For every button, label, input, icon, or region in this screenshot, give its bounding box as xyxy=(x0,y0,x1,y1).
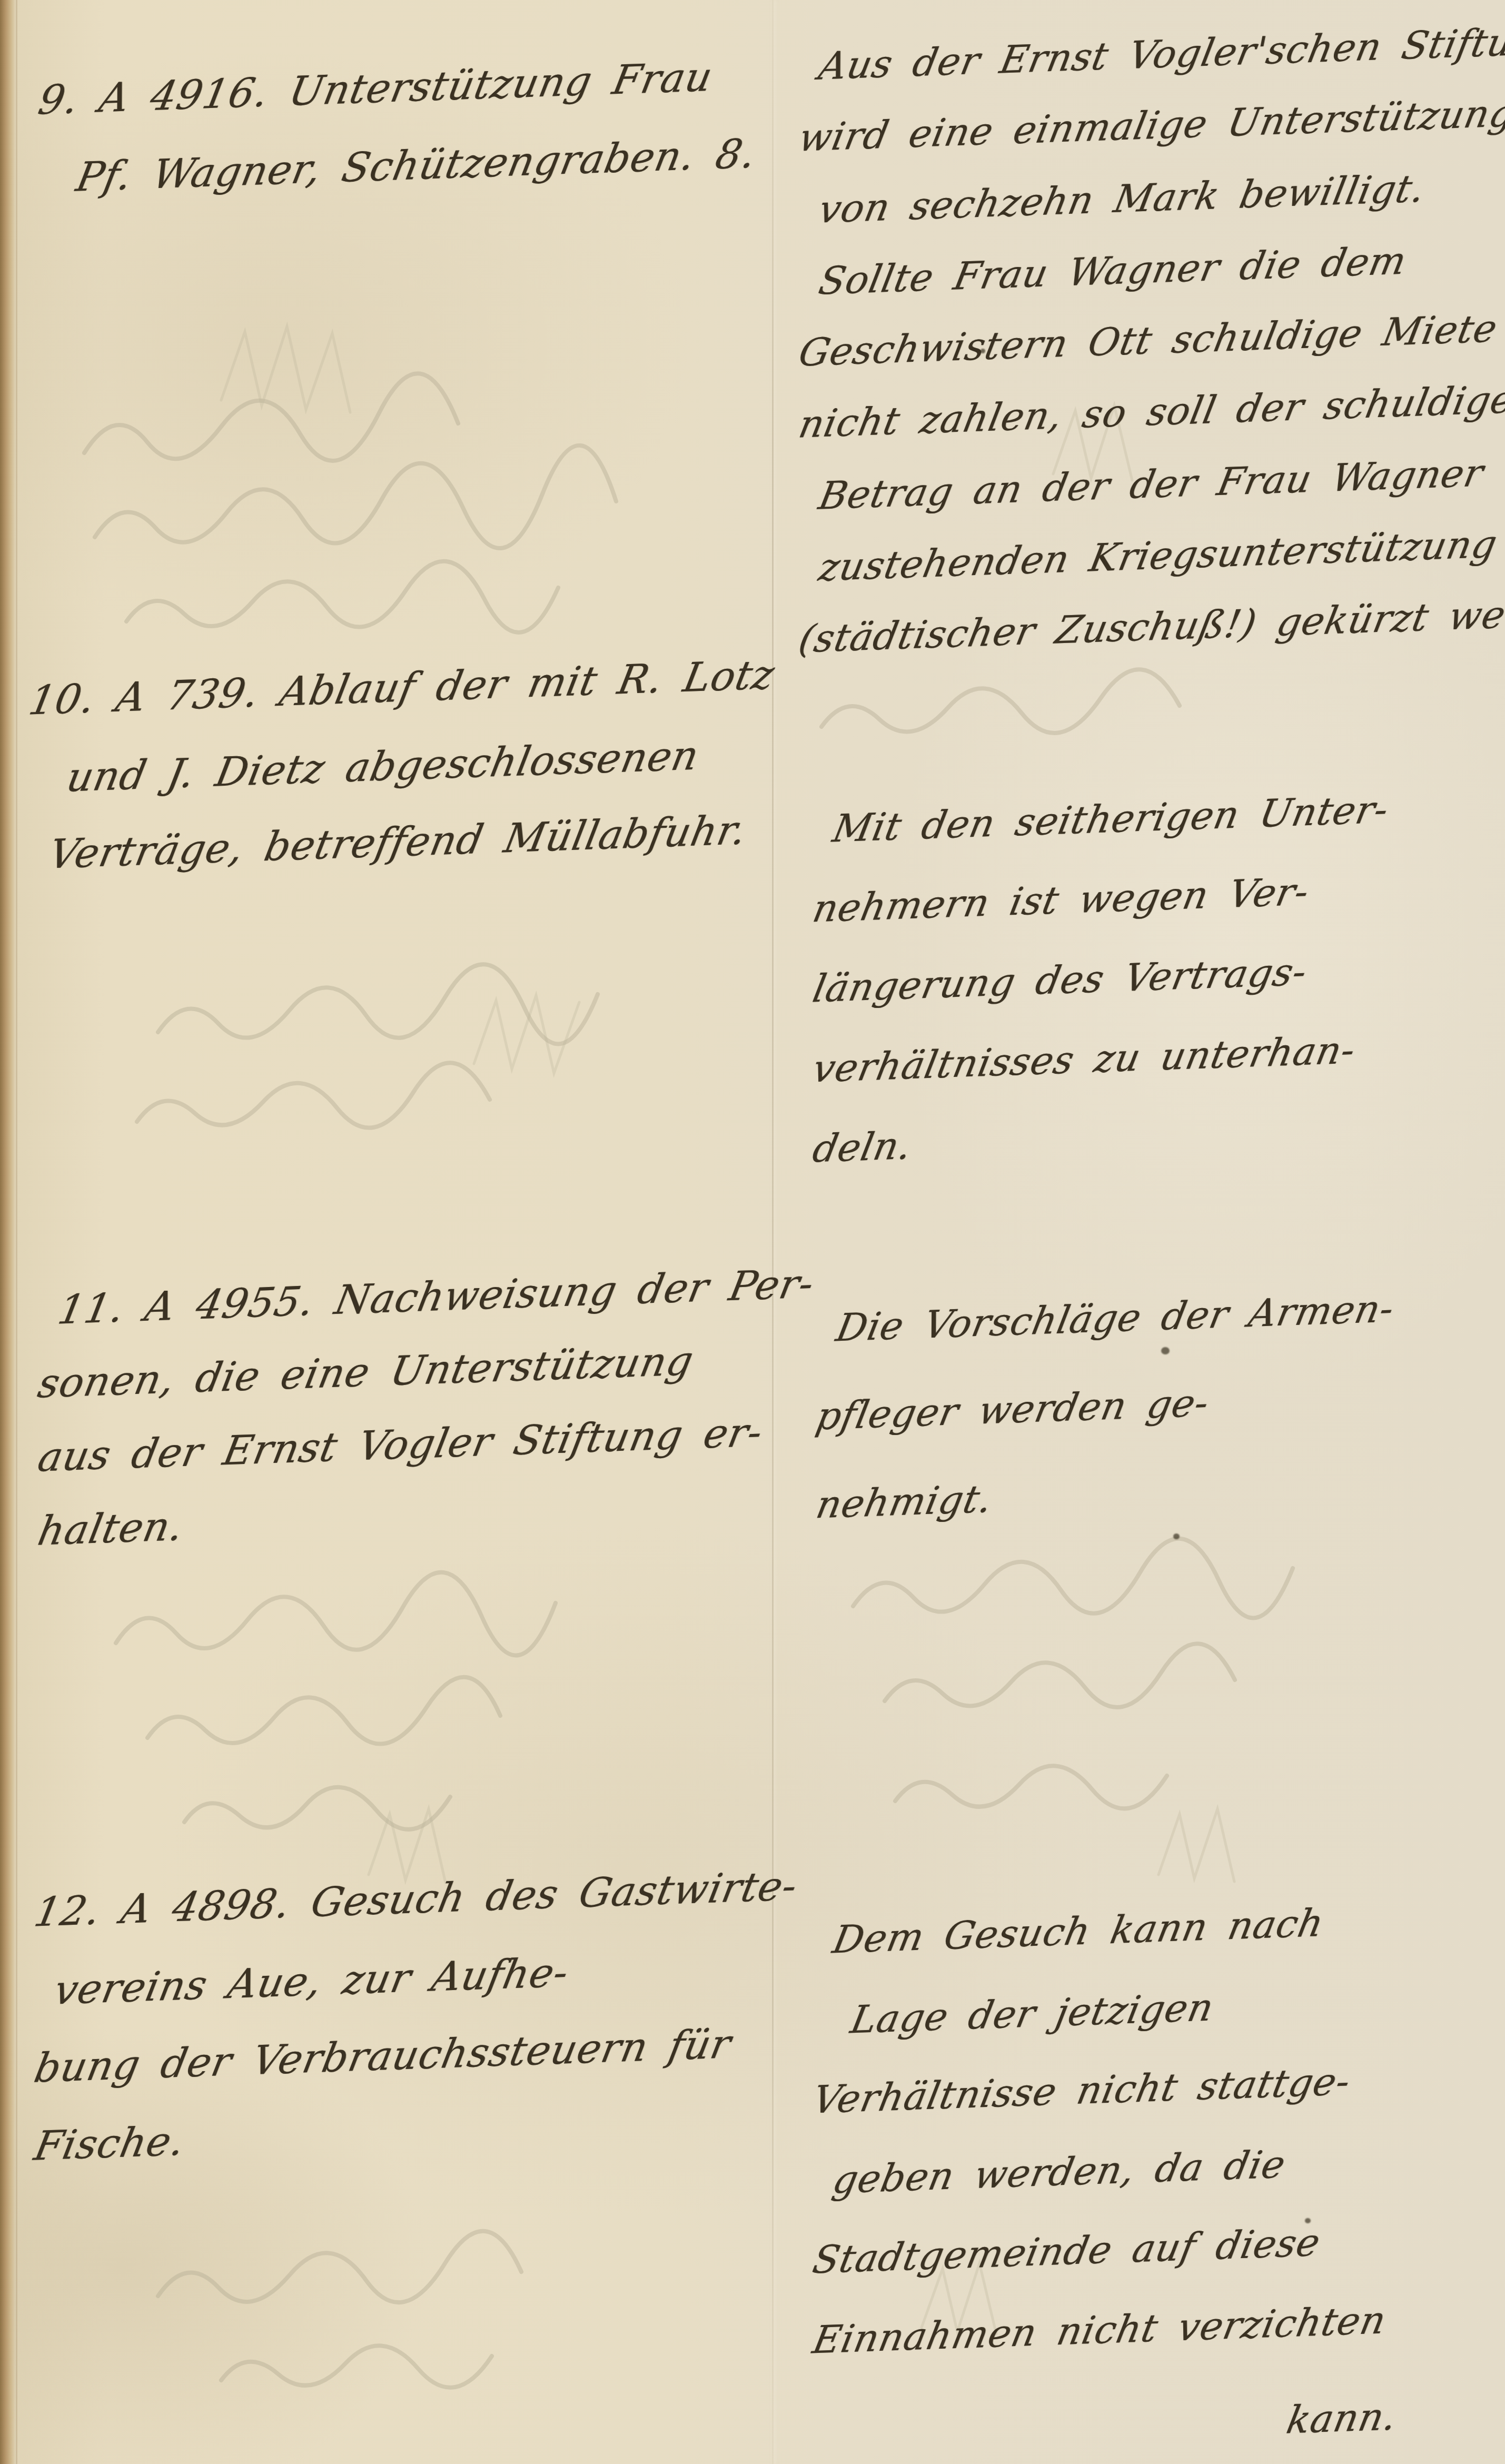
ink-speck xyxy=(1161,1347,1170,1354)
entry-10-subject: 10. A 739. Ablauf der mit R. Lotz und J.… xyxy=(22,662,767,893)
ink-speck xyxy=(981,349,985,353)
ink-speck xyxy=(1173,1533,1180,1539)
manuscript-page: 9. A 4916. Unterstützung Frau Pf. Wagner… xyxy=(0,0,1505,2464)
entry-11-subject: 11. A 4955. Nachweisung der Per- sonen, … xyxy=(32,1273,807,1568)
entry-10-resolution: Mit den seitherigen Unter- nehmern ist w… xyxy=(806,789,1381,1189)
entry-12-resolution: Dem Gesuch kann nach Lage der jetzigen V… xyxy=(806,1900,1389,2460)
entry-9-subject: 9. A 4916. Unterstützung Frau Pf. Wagner… xyxy=(32,62,748,216)
manuscript-line: kann. xyxy=(1280,2376,1404,2460)
entry-11-resolution: Die Vorschläge der Armen- pfleger werden… xyxy=(808,1284,1385,1549)
entry-12-subject: 12. A 4898. Gesuch des Gastwirte- verein… xyxy=(27,1874,789,2185)
entry-9-resolution: Aus der Ernst Vogler'schen Stiftung wird… xyxy=(793,31,1505,675)
ink-speck xyxy=(1305,2218,1311,2223)
